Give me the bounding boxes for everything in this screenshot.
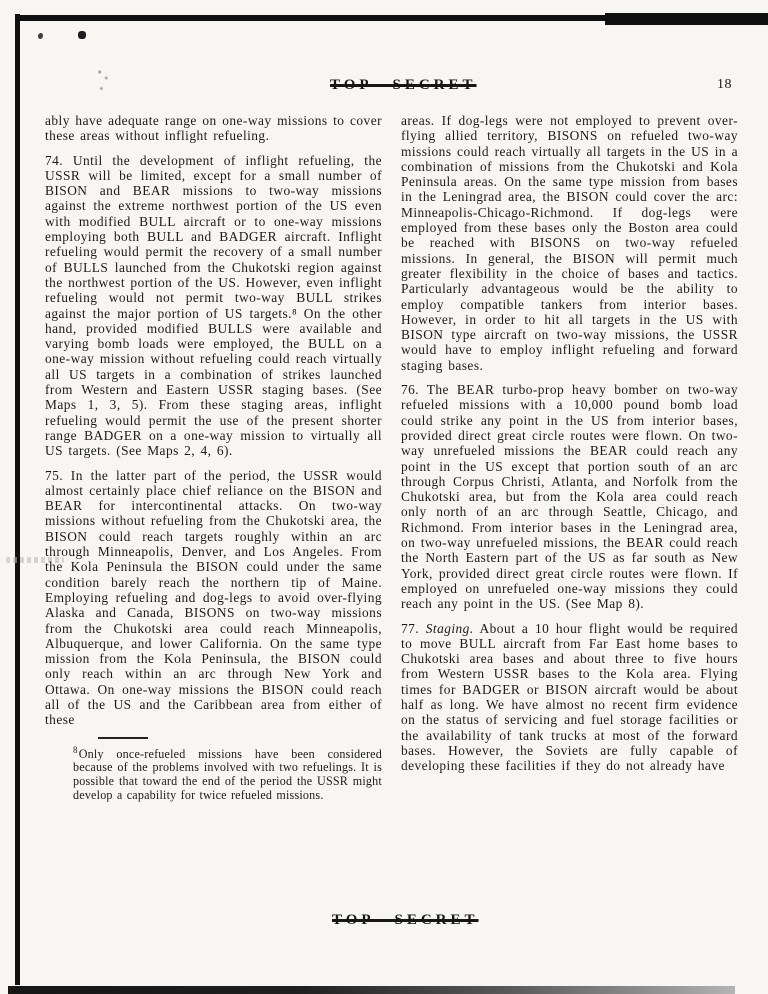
footnote-divider <box>98 737 148 739</box>
left-column: ably have adequate range on one-way miss… <box>45 113 382 802</box>
paragraph-74: 74. Until the development of inflight re… <box>45 153 382 459</box>
footnote: 8Only once-refueled missions have been c… <box>73 744 382 803</box>
footnote-text: Only once-refueled missions have been co… <box>73 747 382 802</box>
paragraph-73-continuation: ably have adequate range on one-way miss… <box>45 113 382 144</box>
classification-footer: TOP SECRET <box>332 911 477 929</box>
classification-text: TOP SECRET <box>330 77 477 93</box>
paragraph-75: 75. In the latter part of the period, th… <box>45 468 382 728</box>
right-column: areas. If dog-legs were not employed to … <box>401 113 738 802</box>
page-number: 18 <box>717 77 732 93</box>
footnote-marker: 8 <box>73 745 78 755</box>
scan-edge-bottom <box>8 986 735 994</box>
scan-speck <box>78 31 86 39</box>
paragraph-77-number: 77. <box>401 621 419 636</box>
paragraph-75-continuation: areas. If dog-legs were not employed to … <box>401 113 738 373</box>
paragraph-77: 77. Staging. About a 10 hour flight woul… <box>401 621 738 774</box>
scan-edge-top-right <box>605 13 768 25</box>
scan-smudge <box>95 66 111 96</box>
scan-speck <box>37 32 44 39</box>
paragraph-77-text: About a 10 hour flight would be required… <box>401 621 738 774</box>
classification-header: TOP SECRET <box>330 76 475 94</box>
paragraph-76: 76. The BEAR turbo-prop heavy bomber on … <box>401 382 738 611</box>
scan-edge-top <box>15 15 611 21</box>
document-body: ably have adequate range on one-way miss… <box>45 113 738 802</box>
classification-text: TOP SECRET <box>332 912 479 928</box>
paragraph-77-label: Staging. <box>426 621 474 636</box>
scan-edge-left <box>15 14 20 985</box>
